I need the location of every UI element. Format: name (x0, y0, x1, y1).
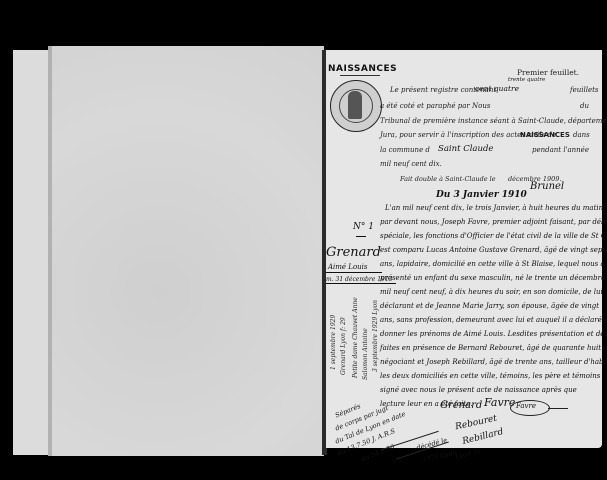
death-annotation-3: Lyon 7e (454, 447, 481, 460)
margin-first-names: Aimé Louis (328, 263, 368, 271)
act-line-12: négociant et Joseph Rebillard, âgé de tr… (380, 358, 607, 366)
seal-figure (348, 91, 362, 119)
act-line-7: mil neuf cent neuf, à dix heures du soir… (380, 288, 603, 296)
official-seal-icon (330, 80, 382, 132)
preamble-line-6: mil neuf cent dix. (380, 160, 442, 168)
margin-surname: Grenard (326, 245, 381, 260)
act-number-dash (356, 236, 366, 237)
judge-signature: Brunel (530, 181, 564, 192)
act-line-3: spéciale, les fonctions d'Officier de l'… (380, 232, 607, 240)
act-line-1: L'an mil neuf cent dix, le trois Janvier… (385, 204, 605, 212)
preamble-pendant: pendant l'année (532, 146, 589, 154)
sheet-label: Premier feuillet. (517, 68, 579, 77)
margin-vertical-note-2: Grenard Lyon f: 29 (340, 317, 347, 375)
back-cover-edge (13, 50, 53, 455)
act-number: N° 1 (353, 222, 374, 232)
act-line-6: présenté un enfant du sexe masculin, né … (380, 274, 605, 282)
section-title-rule (340, 75, 380, 76)
margin-vertical-note-1: 1 septembre 1929 (330, 315, 337, 370)
preamble-line-2: a été coté et paraphé par Nous (380, 102, 490, 110)
act-line-4: est comparu Lucas Antoine Gustave Grenar… (380, 246, 605, 254)
left-page-binding-edge (48, 46, 52, 456)
handwritten-count-correction: trente quatre (508, 77, 545, 83)
margin-vertical-note-4: Salomon Antoine (362, 328, 369, 380)
margin-vertical-note-5: 3 septembre 1929 Lyon (372, 300, 379, 372)
preamble-line-3: Tribunal de première instance séant à Sa… (380, 117, 607, 125)
preamble-du: du (580, 102, 589, 110)
commune-handwritten: Saint Claude (438, 144, 493, 154)
preamble-dans: dans (573, 131, 590, 139)
act-line-9: ans, sans profession, demeurant avec lui… (380, 316, 607, 324)
signature-tail-line (548, 408, 568, 409)
preamble-naissances-bold: NAISSANCES (520, 131, 570, 139)
made-double: Fait double à Saint-Claude le (400, 175, 496, 183)
margin-vertical-note-3: Petite dame Chauvet Anne (352, 297, 359, 378)
act-line-14: signé avec nous le présent acte de naiss… (380, 386, 577, 394)
signature-father: Grenard (440, 400, 482, 411)
preamble-naissances: NAISSANCES (520, 131, 570, 139)
margin-rule (326, 272, 382, 273)
left-page-blank (48, 46, 324, 456)
death-annotation-2: 1971 Lyon (422, 448, 458, 463)
act-line-2: par devant nous, Joseph Favre, premier a… (380, 218, 607, 226)
preamble-feuillets: feuillets (570, 86, 599, 94)
signature-oval-name: Favre (516, 402, 536, 410)
preamble-line-5: la commune d (380, 146, 430, 154)
handwritten-count: cent quatre (475, 84, 519, 93)
section-title: NAISSANCES (328, 64, 397, 74)
act-line-10: donner les prénoms de Aimé Louis. Lesdit… (380, 330, 607, 338)
act-date-heading: Du 3 Janvier 1910 (436, 190, 527, 200)
act-line-5: ans, lapidaire, domicilié en cette ville… (380, 260, 605, 268)
act-line-8: déclarant et de Jeanne Marie Jarry, son … (380, 302, 599, 310)
act-line-13: les deux domiciliés en cette ville, témo… (380, 372, 600, 380)
act-line-11: faites en présence de Bernard Rebouret, … (380, 344, 607, 352)
